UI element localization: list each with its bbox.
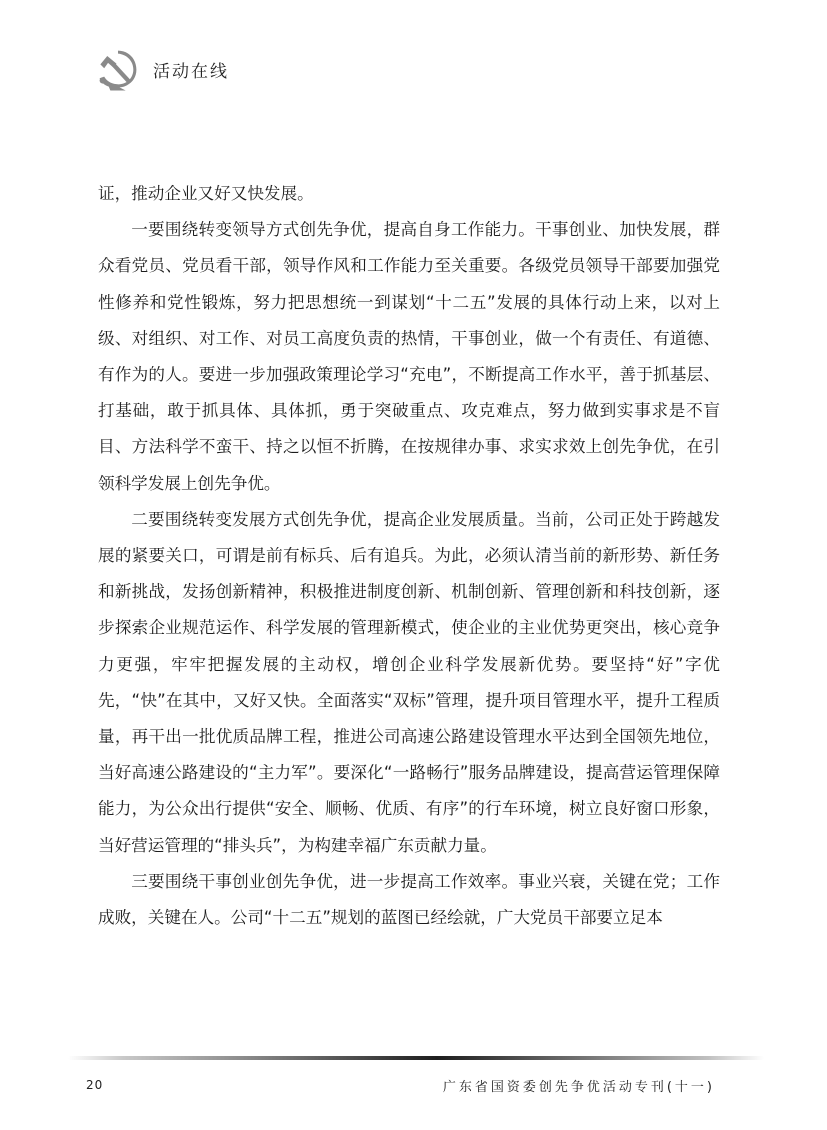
footer-divider (68, 1056, 764, 1060)
page-footer: 20 广东省国资委创先争优活动专刊(十一) (0, 1074, 827, 1098)
article-body: 证，推动企业又好又快发展。 一要围绕转变领导方式创先争优，提高自身工作能力。干事… (98, 176, 720, 936)
section-title: 活动在线 (153, 57, 229, 82)
hammer-and-sickle-icon (95, 46, 141, 92)
paragraph-continuation: 证，推动企业又好又快发展。 (98, 176, 720, 212)
page-number: 20 (86, 1078, 103, 1092)
page-header: 活动在线 (95, 44, 229, 94)
paragraph-development: 二要围绕转变发展方式创先争优，提高企业发展质量。当前，公司正处于跨越发展的紧要关… (98, 502, 720, 864)
journal-title: 广东省国资委创先争优活动专刊(十一) (443, 1076, 715, 1095)
paragraph-efficiency: 三要围绕干事创业创先争优，进一步提高工作效率。事业兴衰，关键在党；工作成败，关键… (98, 864, 720, 936)
paragraph-leadership: 一要围绕转变领导方式创先争优，提高自身工作能力。干事创业、加快发展，群众看党员、… (98, 212, 720, 502)
